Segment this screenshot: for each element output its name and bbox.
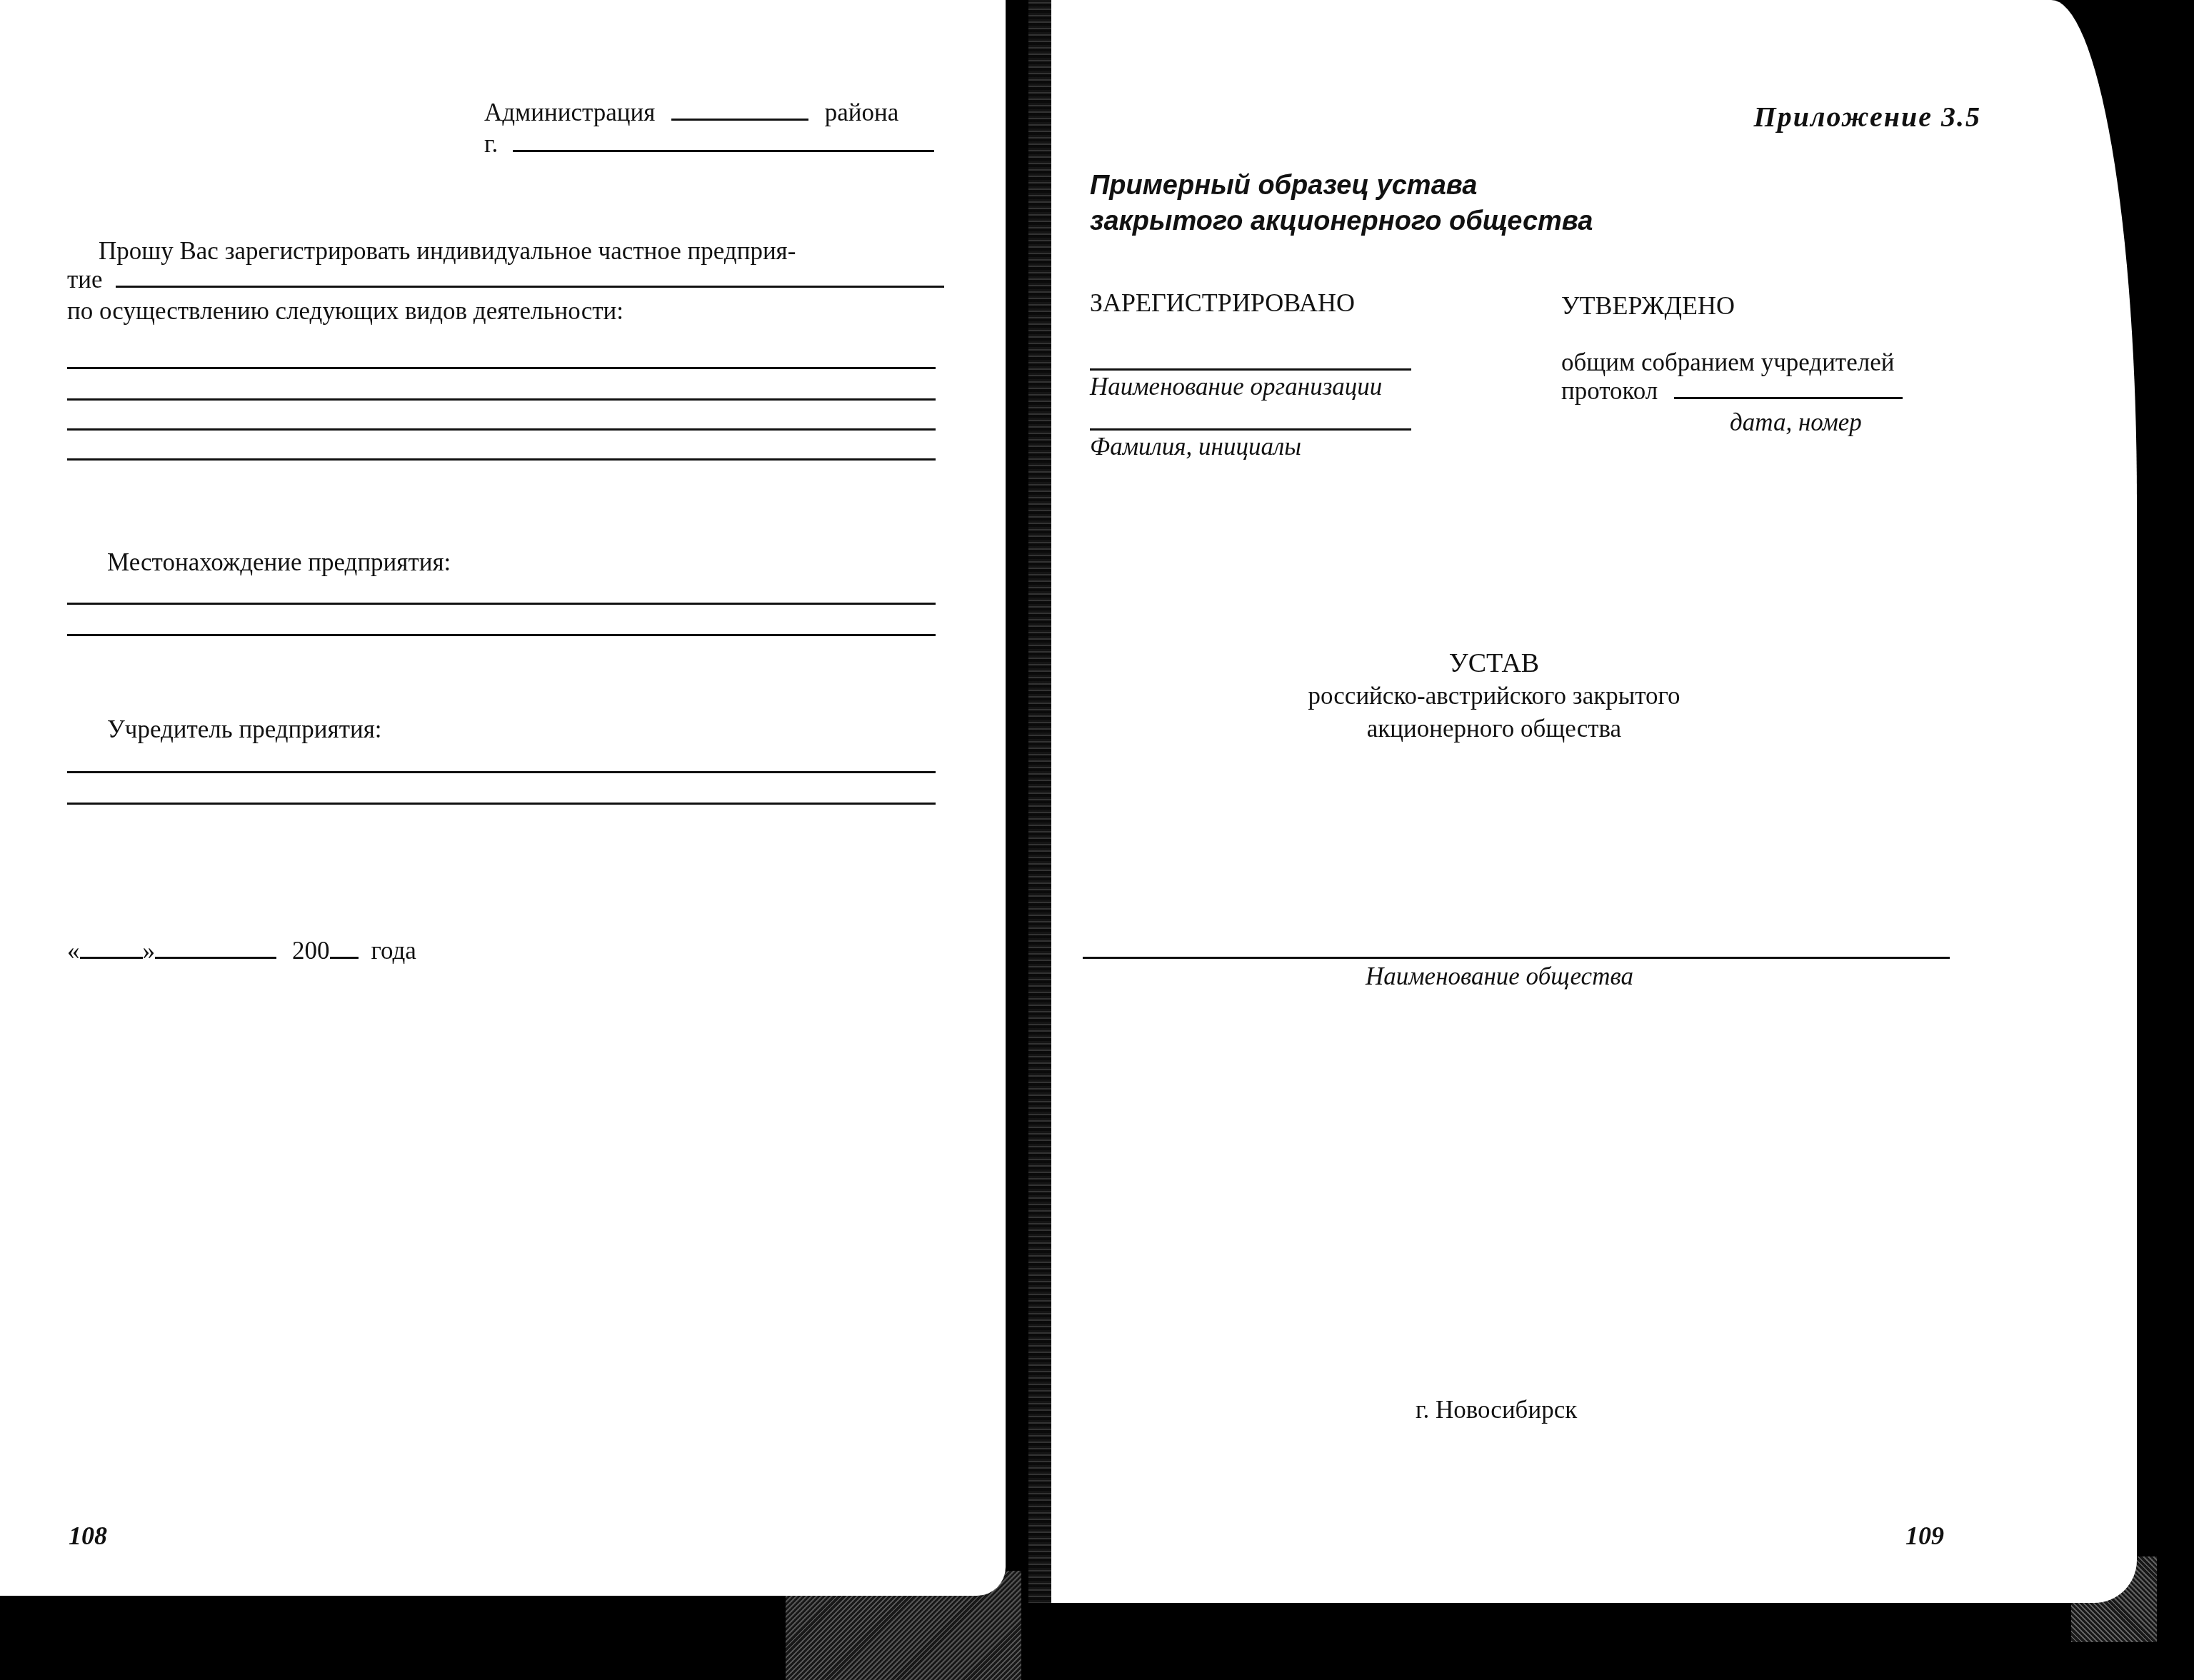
activity-blank-line-3[interactable] [67,428,936,431]
activity-blank-line-1[interactable] [67,367,936,369]
organization-caption: Наименование организации [1090,373,1382,401]
document-title-line-1: Примерный образец устава [1090,167,1477,204]
year-suffix: года [371,937,416,965]
appendix-label: Приложение 3.5 [1754,100,1981,134]
month-blank-field[interactable] [155,937,276,959]
year-prefix: 200 [292,937,330,965]
founder-label: Учредитель предприятия: [107,715,382,744]
protocol-label: протокол [1561,377,1658,405]
page-number-left: 108 [69,1521,107,1551]
city-label: г. Новосибирск [1416,1396,1577,1424]
founder-blank-line-2[interactable] [67,803,936,805]
approved-by-text: общим собранием учредителей [1561,348,1894,377]
protocol-caption: дата, номер [1730,408,1862,437]
company-name-blank-line[interactable] [1083,957,1950,959]
administration-line: Администрация района [484,99,898,127]
request-text-line-2: тие [67,266,944,294]
year-blank-field[interactable] [330,937,359,959]
date-close-quote: » [143,937,156,965]
date-open-quote: « [67,937,80,965]
city-line: г. [484,130,934,159]
approved-heading: УТВЕРЖДЕНО [1561,291,1735,320]
location-label: Местонахождение предприятия: [107,548,451,577]
organization-blank-line[interactable] [1090,368,1411,371]
company-name-caption: Наименование общества [1366,962,1633,991]
enterprise-name-blank-field[interactable] [116,266,944,288]
page-number-right: 109 [1905,1521,1944,1551]
request-text-line-1: Прошу Вас зарегистрировать индивидуально… [99,237,796,266]
request-text-line-3: по осуществлению следующих видов деятель… [67,297,623,326]
city-blank-field[interactable] [513,130,934,152]
location-blank-line-1[interactable] [67,603,936,605]
right-page: Приложение 3.5 Примерный образец устава … [1051,0,2137,1603]
request-text-prefix: тие [67,266,103,293]
protocol-blank-field[interactable] [1674,377,1903,399]
left-page: Администрация района г. Прошу Вас зареги… [0,0,1006,1596]
document-title-line-2: закрытого акционерного общества [1090,203,1593,240]
date-line: «»200года [67,937,416,965]
charter-subtitle-line-2: акционерного общества [1216,713,1773,745]
activity-blank-line-4[interactable] [67,458,936,461]
district-blank-field[interactable] [671,99,808,121]
city-prefix: г. [484,130,498,158]
charter-block: УСТАВ российско-австрийского закрытого а… [1216,647,1773,745]
district-label: района [825,99,899,126]
activity-blank-line-2[interactable] [67,398,936,401]
name-blank-line[interactable] [1090,428,1411,431]
day-blank-field[interactable] [80,937,143,959]
administration-label: Администрация [484,99,655,126]
protocol-line: протокол [1561,377,1903,406]
founder-blank-line-1[interactable] [67,771,936,773]
registered-heading: ЗАРЕГИСТРИРОВАНО [1090,288,1355,317]
charter-heading: УСТАВ [1216,647,1773,680]
name-caption: Фамилия, инициалы [1090,433,1301,461]
charter-subtitle-line-1: российско-австрийского закрытого [1216,680,1773,713]
location-blank-line-2[interactable] [67,634,936,636]
